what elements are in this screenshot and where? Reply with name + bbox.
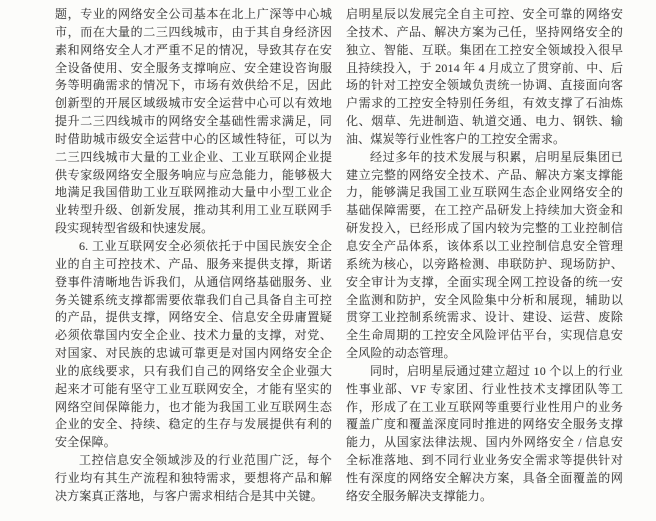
paragraph: 经过多年的技术发展与积累，启明星辰集团已建立完整的网络安全技术、产品、解决方案支… xyxy=(346,149,623,363)
document-page: 题，专业的网络安全公司基本在北上广深等中心城市，而在大量的二三四线城市，由于其自… xyxy=(0,0,656,521)
paragraph: 6. 工业互联网安全必须依托于中国民族安全企业的自主可控技术、产品、服务来提供支… xyxy=(55,238,332,452)
paragraph: 工控信息安全领域涉及的行业范围广泛，每个行业均有其生产流程和独特需求，要想将产品… xyxy=(55,452,332,506)
paragraph: 同时，启明星辰通过建立超过 10 个以上的行业性事业部、VF 专家团、行业性技术… xyxy=(346,363,623,506)
paragraph: 题，专业的网络安全公司基本在北上广深等中心城市，而在大量的二三四线城市，由于其自… xyxy=(55,6,332,238)
text-column-right: 启明星辰以发展完全自主可控、安全可靠的网络安全技术、产品、解决方案为己任，坚持网… xyxy=(346,6,623,506)
text-column-left: 题，专业的网络安全公司基本在北上广深等中心城市，而在大量的二三四线城市，由于其自… xyxy=(55,6,332,506)
paragraph: 启明星辰以发展完全自主可控、安全可靠的网络安全技术、产品、解决方案为己任，坚持网… xyxy=(346,6,623,149)
